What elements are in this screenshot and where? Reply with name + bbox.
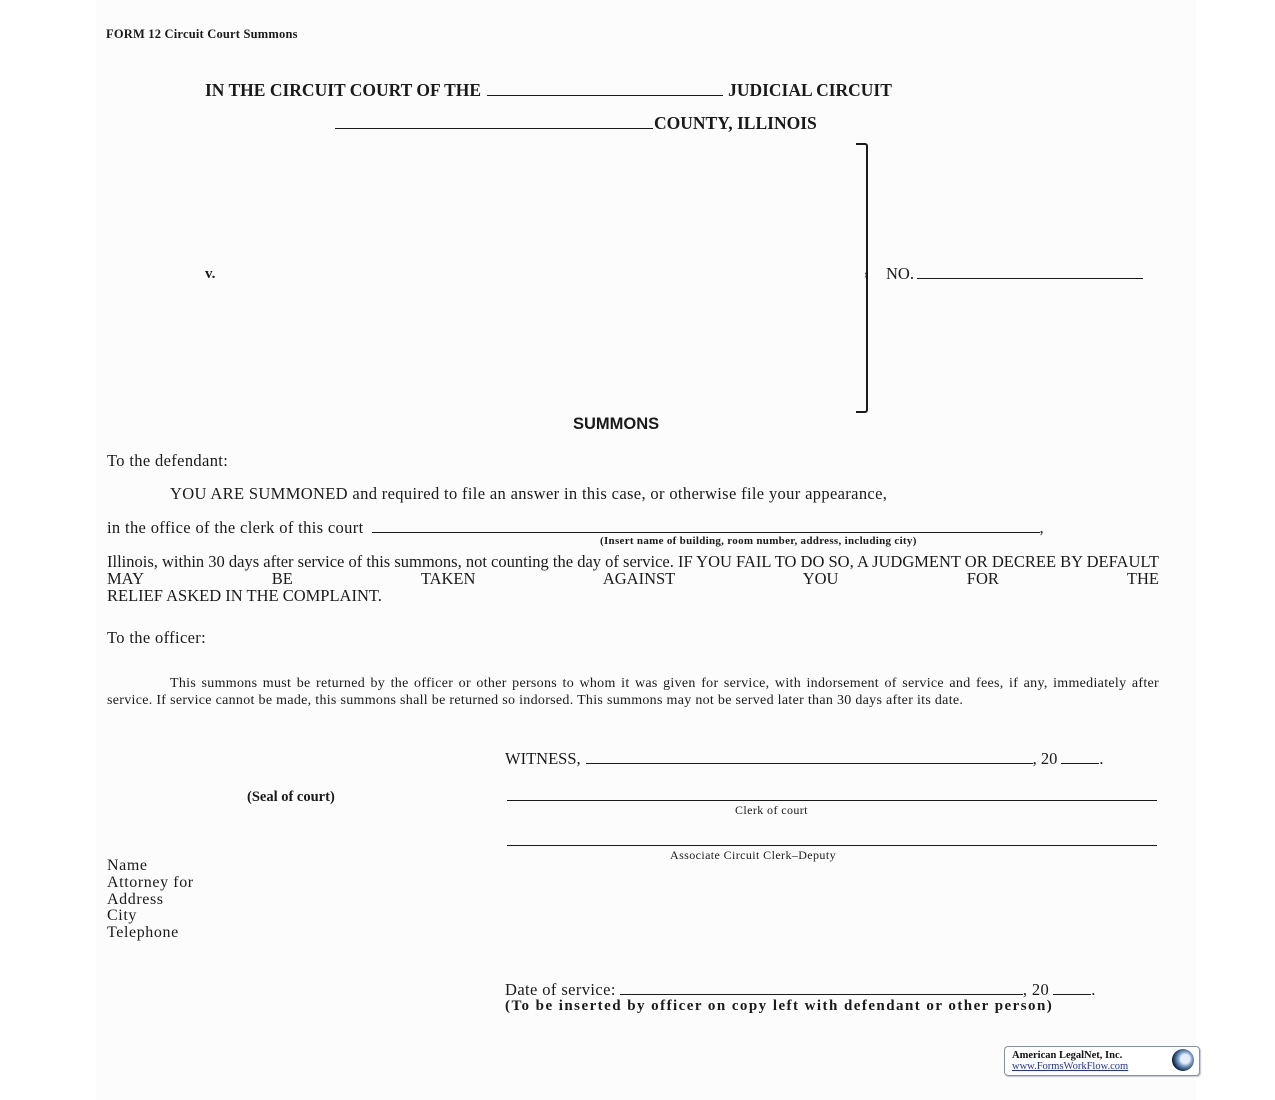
- default-warning: Illinois, within 30 days after service o…: [107, 553, 1159, 604]
- witness-field[interactable]: [586, 762, 1033, 764]
- service-year-suffix: .: [1091, 980, 1096, 999]
- page-title: SUMMONS: [573, 415, 659, 434]
- witness-year-prefix: , 20: [1033, 749, 1058, 768]
- document-page: [96, 0, 1196, 1100]
- seal-of-court-label: (Seal of court): [247, 789, 335, 806]
- date-of-service-hint: (To be inserted by officer on copy left …: [505, 998, 1053, 1015]
- judicial-circuit-field[interactable]: [487, 94, 723, 96]
- versus-label: v.: [205, 266, 215, 283]
- clerk-signature-label: Clerk of court: [735, 803, 808, 818]
- clerk-office-suffix: ,: [1040, 518, 1044, 537]
- logo-url-link[interactable]: www.FormsWorkFlow.com: [1012, 1061, 1128, 1072]
- officer-instructions: This summons must be returned by the off…: [107, 675, 1159, 709]
- date-of-service-label: Date of service:: [505, 980, 616, 999]
- logo-company-name: American LegalNet, Inc.: [1012, 1050, 1122, 1061]
- clerk-signature-line[interactable]: [507, 800, 1157, 801]
- bracket-tip-icon: ›: [864, 266, 868, 282]
- witness-year-field[interactable]: [1061, 762, 1099, 764]
- court-suffix: JUDICIAL CIRCUIT: [728, 80, 892, 100]
- court-heading: IN THE CIRCUIT COURT OF THEJUDICIAL CIRC…: [205, 80, 892, 101]
- case-number-field[interactable]: [917, 277, 1143, 279]
- attorney-for-label: Attorney for: [107, 875, 194, 892]
- attorney-city-label: City: [107, 908, 194, 925]
- officer-paragraph: This summons must be returned by the off…: [107, 676, 1159, 708]
- officer-heading: To the officer:: [107, 628, 206, 648]
- attorney-telephone-label: Telephone: [107, 925, 194, 942]
- witness-line: WITNESS,, 20.: [505, 749, 1104, 769]
- case-number-label: NO.: [886, 264, 914, 283]
- county-suffix: COUNTY, ILLINOIS: [654, 113, 817, 133]
- warning-line-3: RELIEF ASKED IN THE COMPLAINT.: [107, 587, 1159, 604]
- witness-label: WITNESS,: [505, 749, 581, 768]
- attorney-name-label: Name: [107, 858, 194, 875]
- american-legalnet-logo[interactable]: American LegalNet, Inc. www.FormsWorkFlo…: [1004, 1046, 1200, 1076]
- witness-year-suffix: .: [1099, 749, 1103, 768]
- clerk-office-field[interactable]: [372, 531, 1040, 533]
- deputy-signature-label: Associate Circuit Clerk–Deputy: [670, 848, 836, 863]
- clerk-office-prefix: in the office of the clerk of this court: [107, 518, 364, 537]
- date-of-service-field[interactable]: [620, 993, 1023, 995]
- attorney-block: Name Attorney for Address City Telephone: [107, 858, 194, 942]
- service-year-field[interactable]: [1053, 993, 1091, 995]
- date-of-service-line: Date of service:, 20.: [505, 980, 1096, 1000]
- county-heading: COUNTY, ILLINOIS: [335, 113, 817, 134]
- defendant-heading: To the defendant:: [107, 451, 228, 471]
- case-number: NO.: [886, 264, 1143, 284]
- summoned-text: YOU ARE SUMMONED and required to file an…: [170, 484, 887, 504]
- service-year-prefix: , 20: [1023, 980, 1049, 999]
- deputy-signature-line[interactable]: [507, 845, 1157, 846]
- attorney-address-label: Address: [107, 892, 194, 909]
- clerk-office-hint: (Insert name of building, room number, a…: [600, 535, 917, 547]
- county-field[interactable]: [335, 127, 653, 129]
- globe-icon: [1172, 1049, 1194, 1071]
- court-prefix: IN THE CIRCUIT COURT OF THE: [205, 80, 481, 100]
- form-label: FORM 12 Circuit Court Summons: [106, 27, 298, 42]
